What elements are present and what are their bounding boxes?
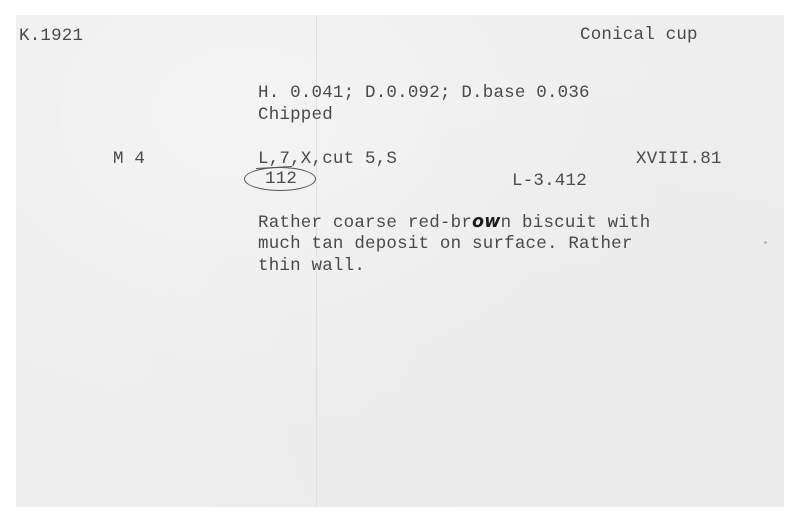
date-reference: XVIII.81	[636, 149, 722, 169]
condition: Chipped	[258, 105, 333, 125]
description-text: n biscuit with	[501, 213, 651, 233]
paper-speck	[764, 241, 767, 244]
catalog-number: K.1921	[19, 26, 83, 46]
catalog-card: K.1921 Conical cup H. 0.041; D.0.092; D.…	[16, 15, 784, 507]
handwritten-correction: ow	[472, 212, 501, 232]
object-type: Conical cup	[580, 25, 698, 45]
description-line-3: thin wall.	[258, 256, 365, 276]
description-line-1: Rather coarse red-brown biscuit with	[258, 212, 650, 233]
handwritten-circle	[244, 167, 316, 191]
inventory-reference: L-3.412	[512, 171, 587, 191]
location-code: M 4	[113, 149, 145, 169]
dimensions: H. 0.041; D.0.092; D.base 0.036	[258, 83, 590, 103]
description-text: Rather coarse red-br	[258, 213, 472, 233]
description-line-2: much tan deposit on surface. Rather	[258, 234, 633, 254]
